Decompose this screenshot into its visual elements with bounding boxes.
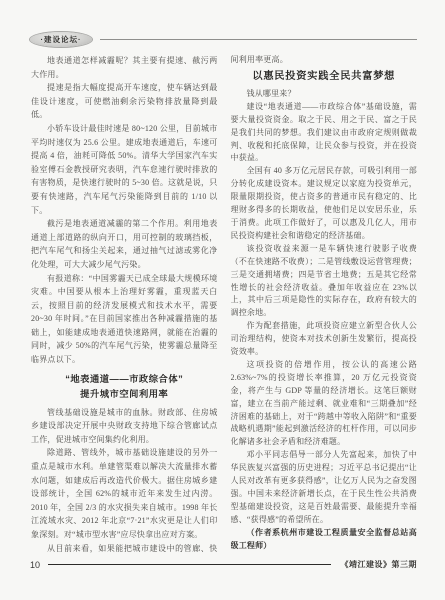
left-column: 地表通道怎样减霾呢？其主要有提速、截污两大作用。提速是指大幅度提高开车速度，使车…	[31, 54, 218, 554]
section-heading: 以惠民投资实践全民共富梦想	[231, 69, 418, 84]
paragraph: 邓小平同志倡导一部分人先富起来，加快了中华民族复兴富强的历史进程；习近平总书记提…	[231, 449, 418, 526]
footer-rule	[48, 564, 330, 566]
paragraph: 建设“地表通道——市政综合体”基础设施，需要大量投资资金。取之于民、用之于民、富…	[231, 101, 418, 166]
document-page: ·建设论坛· 地表通道怎样减霾呢？其主要有提速、截污两大作用。提速是指大幅度提高…	[0, 0, 445, 600]
paragraph: 从目前来看，如果能把城市建设中的管廊、快速路、排水系统整合为一体化的“地表通道—…	[31, 542, 218, 554]
paragraph: 提速是指大幅度提高开车速度，使车辆达到最佳设计速度，可使燃油剩余污染物排放量降到…	[31, 81, 218, 122]
paragraph: 有报道称：“中国雾霾天已成全球最大规模环境灾难。中国要从根本上治理好雾霾，重现蓝…	[31, 272, 218, 367]
page-number: 10	[30, 560, 40, 570]
paragraph: 作为配套措施，此项投资应建立新型合伙人公司治理结构，使资本对技术创新生发繁衍，提…	[231, 320, 418, 359]
page-footer: 10 《靖江建设》第三期	[30, 559, 417, 570]
header-rule	[100, 39, 417, 40]
paragraph: 除道路、管线外，城市基础设施建设的另外一重点是城市水利。单建管渠难以解决大流量排…	[31, 446, 218, 541]
paragraph: 地表通道怎样减霾呢？其主要有提速、截污两大作用。	[31, 54, 218, 81]
paragraph: 这项投资的倍增作用，按公认的高速公路 2.63%~7%的投资增长率推算，20 万…	[231, 359, 418, 449]
paragraph: 间利用率更高。	[231, 54, 418, 67]
paragraph: 截污是地表通道减霾的第二个作用。利用地表通道上部道路的纵向开口，用可控制的玻璃挡…	[31, 217, 218, 271]
paragraph: 全国有 40 多万亿元居民存款，可吸引利用一部分转化成建设资本。建议规定以家庭为…	[231, 165, 418, 242]
article-body: 地表通道怎样减霾呢？其主要有提速、截污两大作用。提速是指大幅度提高开车速度，使车…	[31, 54, 417, 554]
section-heading: “地表通道——市政综合体” 提升城市空间利用率	[31, 372, 218, 402]
page-header: ·建设论坛·	[30, 32, 417, 47]
paragraph: 管线基础设施是城市的血脉。财政部、住房城乡建设部决定开展中央财政支持地下综合管廊…	[31, 406, 218, 447]
right-column: 间利用率更高。以惠民投资实践全民共富梦想钱从哪里来？建设“地表通道——市政综合体…	[231, 54, 418, 554]
paragraph: 钱从哪里来？	[231, 88, 418, 101]
journal-issue: 《靖江建设》第三期	[341, 559, 418, 570]
paragraph: 小轿车设计最佳时速是 80~120 公里，目前城市平均时速仅为 25.6 公里。…	[31, 122, 218, 217]
column-badge: ·建设论坛·	[30, 32, 92, 47]
paragraph: 该投资收益来源一是车辆快速行驶影子收费（不在快速路不收费）；二是管线敷设运营管理…	[231, 243, 418, 320]
author-note: （作者系杭州市建设工程质量安全监督总站高级工程师）	[231, 527, 418, 553]
